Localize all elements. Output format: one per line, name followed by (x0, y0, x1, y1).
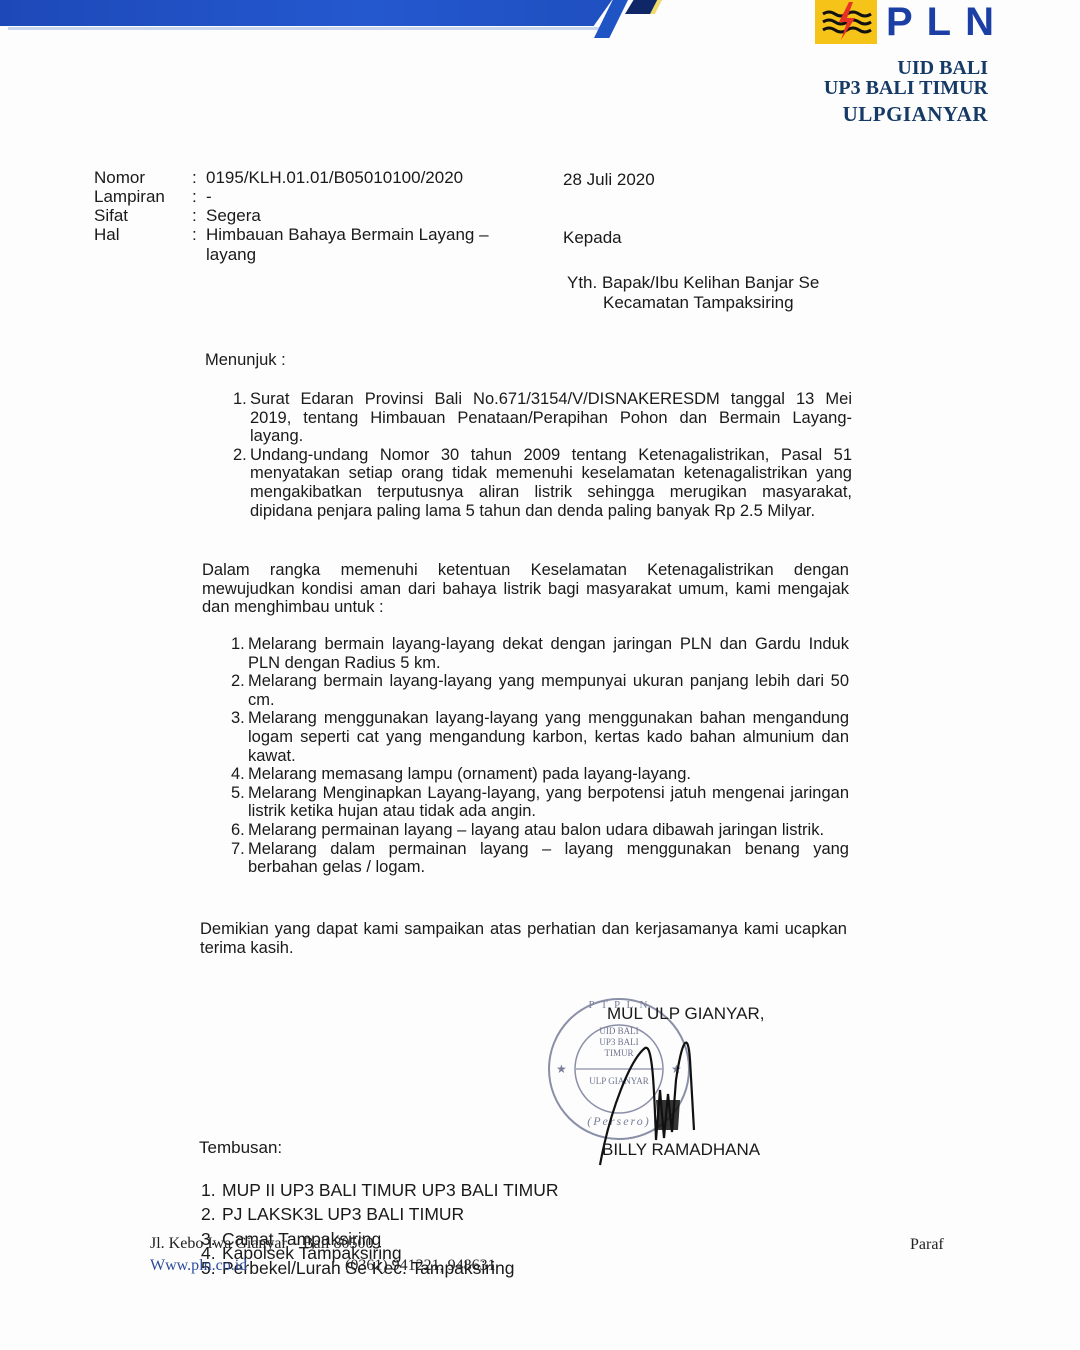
intro-paragraph: Dalam rangka memenuhi ketentuan Keselama… (202, 561, 849, 617)
footer-phone: (0361) 941221, 948631 (345, 1257, 496, 1275)
meta-value-lampiran: - (206, 187, 526, 207)
rule-item: 1.Melarang bermain layang-layang dekat d… (231, 635, 849, 672)
reference-item: 1.Surat Edaran Provinsi Bali No.671/3154… (233, 390, 852, 446)
org-line-ulp: ULPGIANYAR (843, 102, 988, 127)
pln-lightning-waves-icon (815, 0, 877, 44)
meta-label-sifat: Sifat (94, 206, 194, 226)
meta-value-nomor: 0195/KLH.01.01/B05010100/2020 (206, 168, 526, 188)
signatory-name: BILLY RAMADHANA (602, 1140, 760, 1160)
recipient-line-2: Kecamatan Tampaksiring (567, 293, 819, 313)
meta-label-lampiran: Lampiran (94, 187, 194, 207)
header-band-underline (8, 27, 606, 30)
kepada-label: Kepada (563, 228, 622, 248)
references-list: 1.Surat Edaran Provinsi Bali No.671/3154… (233, 390, 852, 520)
recipient-line-1: Yth. Bapak/Ibu Kelihan Banjar Se (567, 273, 819, 293)
paraf-label: Paraf (910, 1236, 944, 1254)
org-line-up3: UP3 BALI TIMUR (824, 78, 988, 99)
reference-item: 2.Undang-undang Nomor 30 tahun 2009 tent… (233, 446, 852, 520)
meta-colon: : (192, 168, 197, 188)
tembusan-item: 1.MUP II UP3 BALI TIMUR UP3 BALI TIMUR (201, 1178, 621, 1202)
footer-website[interactable]: Www.pln.co.id (150, 1257, 247, 1275)
rule-item: 3.Melarang menggunakan layang-layang yan… (231, 709, 849, 765)
menunjuk-heading: Menunjuk : (205, 351, 286, 370)
closing-paragraph: Demikian yang dapat kami sampaikan atas … (200, 920, 847, 957)
letter-date: 28 Juli 2020 (563, 170, 655, 190)
meta-label-nomor: Nomor (94, 168, 194, 188)
meta-colon: : (192, 225, 197, 245)
rules-list: 1.Melarang bermain layang-layang dekat d… (231, 635, 849, 877)
rule-item: 7.Melarang dalam permainan layang – laya… (231, 840, 849, 877)
recipient: Yth. Bapak/Ibu Kelihan Banjar Se Kecamat… (567, 273, 819, 312)
org-line-uid: UID BALI (897, 58, 988, 79)
rule-item: 2.Melarang bermain layang-layang yang me… (231, 672, 849, 709)
rule-item: 5.Melarang Menginapkan Layang-layang, ya… (231, 784, 849, 821)
rule-item: 4.Melarang memasang lampu (ornament) pad… (231, 765, 849, 784)
meta-value-hal: Himbauan Bahaya Bermain Layang – layang (206, 225, 506, 264)
footer-address: Jl. Kebo Iwa Gianyar – Bali 80500 (150, 1235, 374, 1253)
rule-item: 6.Melarang permainan layang – layang ata… (231, 821, 849, 840)
header-band (0, 0, 612, 26)
svg-text:★: ★ (556, 1062, 567, 1076)
meta-label-hal: Hal (94, 225, 194, 245)
tembusan-heading: Tembusan: (199, 1138, 282, 1158)
meta-value-sifat: Segera (206, 206, 526, 226)
meta-colon: : (192, 187, 197, 207)
meta-colon: : (192, 206, 197, 226)
tembusan-item: 2.PJ LAKSK3L UP3 BALI TIMUR (201, 1202, 621, 1226)
pln-logo-text: PLN (886, 0, 1008, 44)
